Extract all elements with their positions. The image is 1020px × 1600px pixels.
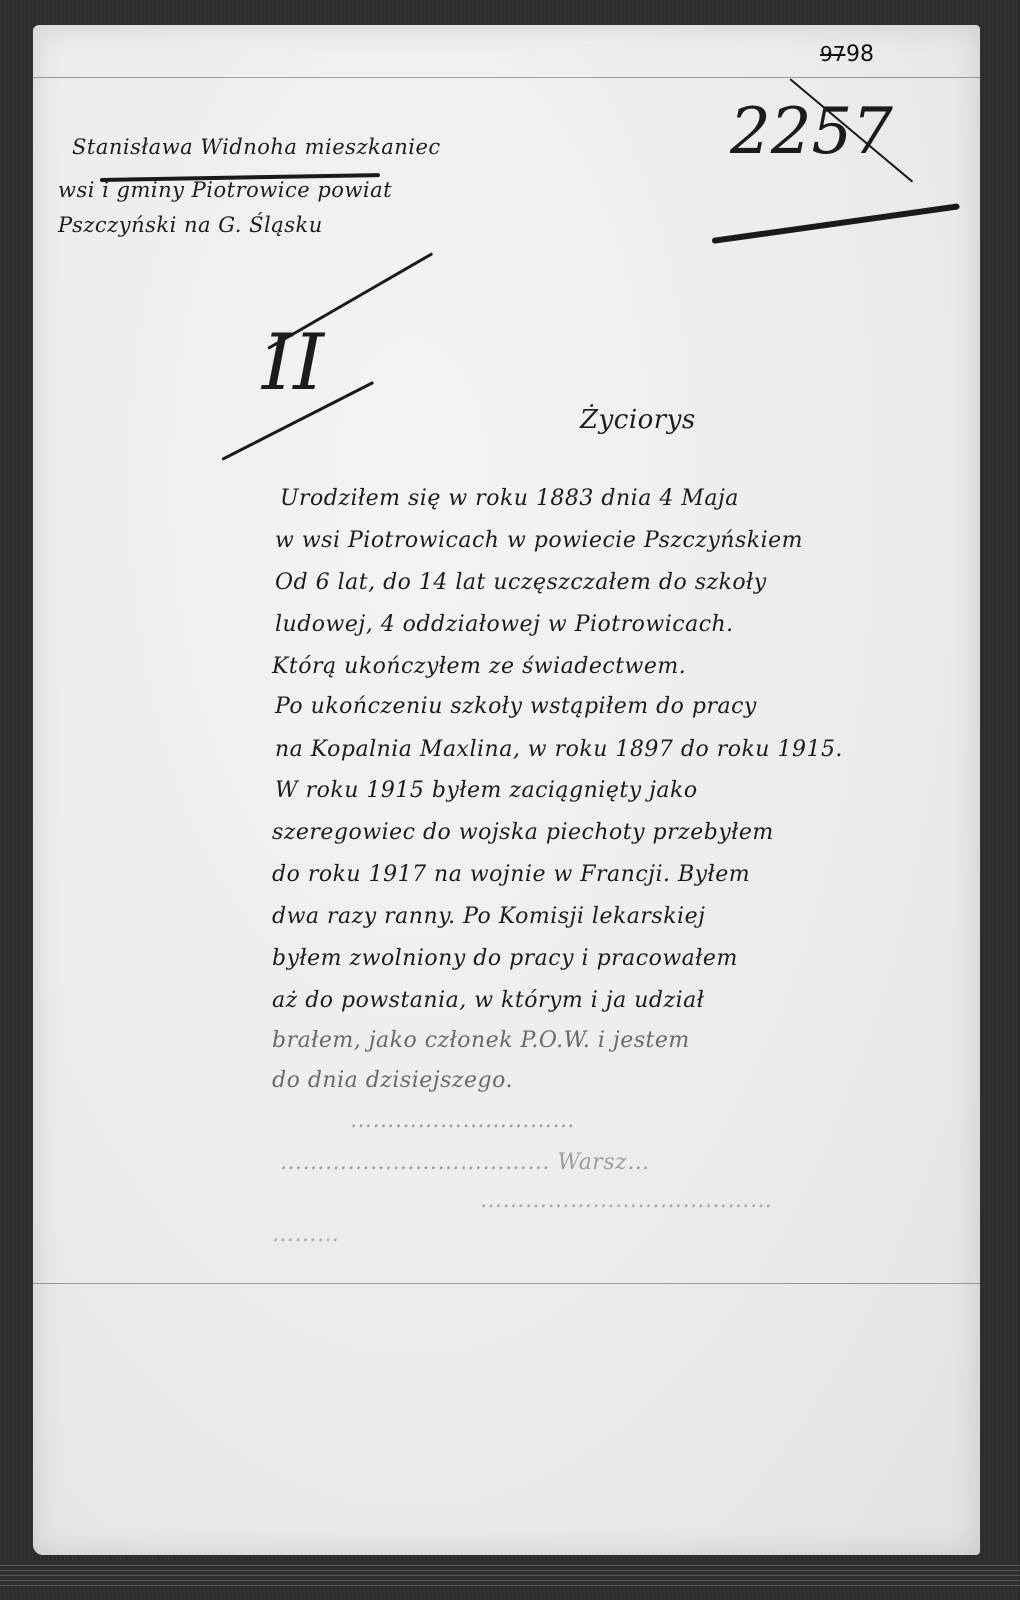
- address-line-3: Pszczyński na G. Śląsku: [58, 213, 323, 237]
- body-line-4: ludowej, 4 oddziałowej w Piotrowicach.: [275, 612, 734, 637]
- scanner-streaks: [0, 1565, 1020, 1587]
- body-line-15: do dnia dzisiejszego.: [272, 1068, 513, 1093]
- ruled-line-bottom: [33, 1283, 980, 1284]
- body-line-6: Po ukończeniu szkoły wstąpiłem do pracy: [275, 694, 757, 719]
- body-line-13: aż do powstania, w którym i ja udział: [272, 988, 704, 1013]
- faded-line-3: …………………………………: [480, 1188, 773, 1213]
- body-line-10: do roku 1917 na wojnie w Francji. Byłem: [272, 862, 750, 887]
- address-line-1: Stanisława Widnoha mieszkaniec: [72, 135, 441, 159]
- body-line-7: na Kopalnia Maxlina, w roku 1897 do roku…: [275, 737, 843, 762]
- address-line-2: wsi i gminy Piotrowice powiat: [58, 178, 392, 202]
- faded-line-1: …………………………: [350, 1108, 575, 1133]
- body-line-11: dwa razy ranny. Po Komisji lekarskiej: [272, 904, 705, 929]
- archive-number-crossed: 97: [820, 42, 845, 66]
- document-title: Życiorys: [580, 405, 696, 435]
- archive-number-large: 2257: [730, 95, 893, 169]
- body-line-2: w wsi Piotrowicach w powiecie Pszczyński…: [275, 528, 803, 553]
- archive-number-current: 98: [846, 42, 874, 67]
- roman-numeral: II: [262, 318, 325, 408]
- body-line-3: Od 6 lat, do 14 lat uczęszczałem do szko…: [275, 570, 767, 595]
- faded-line-4: ………: [272, 1222, 340, 1247]
- body-line-8: W roku 1915 byłem zaciągnięty jako: [275, 778, 698, 803]
- faded-line-2: ……………………………… Warsz…: [280, 1150, 650, 1175]
- body-line-14: brałem, jako członek P.O.W. i jestem: [272, 1028, 690, 1053]
- body-line-5: Którą ukończyłem ze świadectwem.: [272, 654, 686, 679]
- body-line-12: byłem zwolniony do pracy i pracowałem: [272, 946, 738, 971]
- body-line-9: szeregowiec do wojska piechoty przebyłem: [272, 820, 774, 845]
- ruled-line-top: [33, 77, 980, 78]
- body-line-1: Urodziłem się w roku 1883 dnia 4 Maja: [280, 486, 739, 511]
